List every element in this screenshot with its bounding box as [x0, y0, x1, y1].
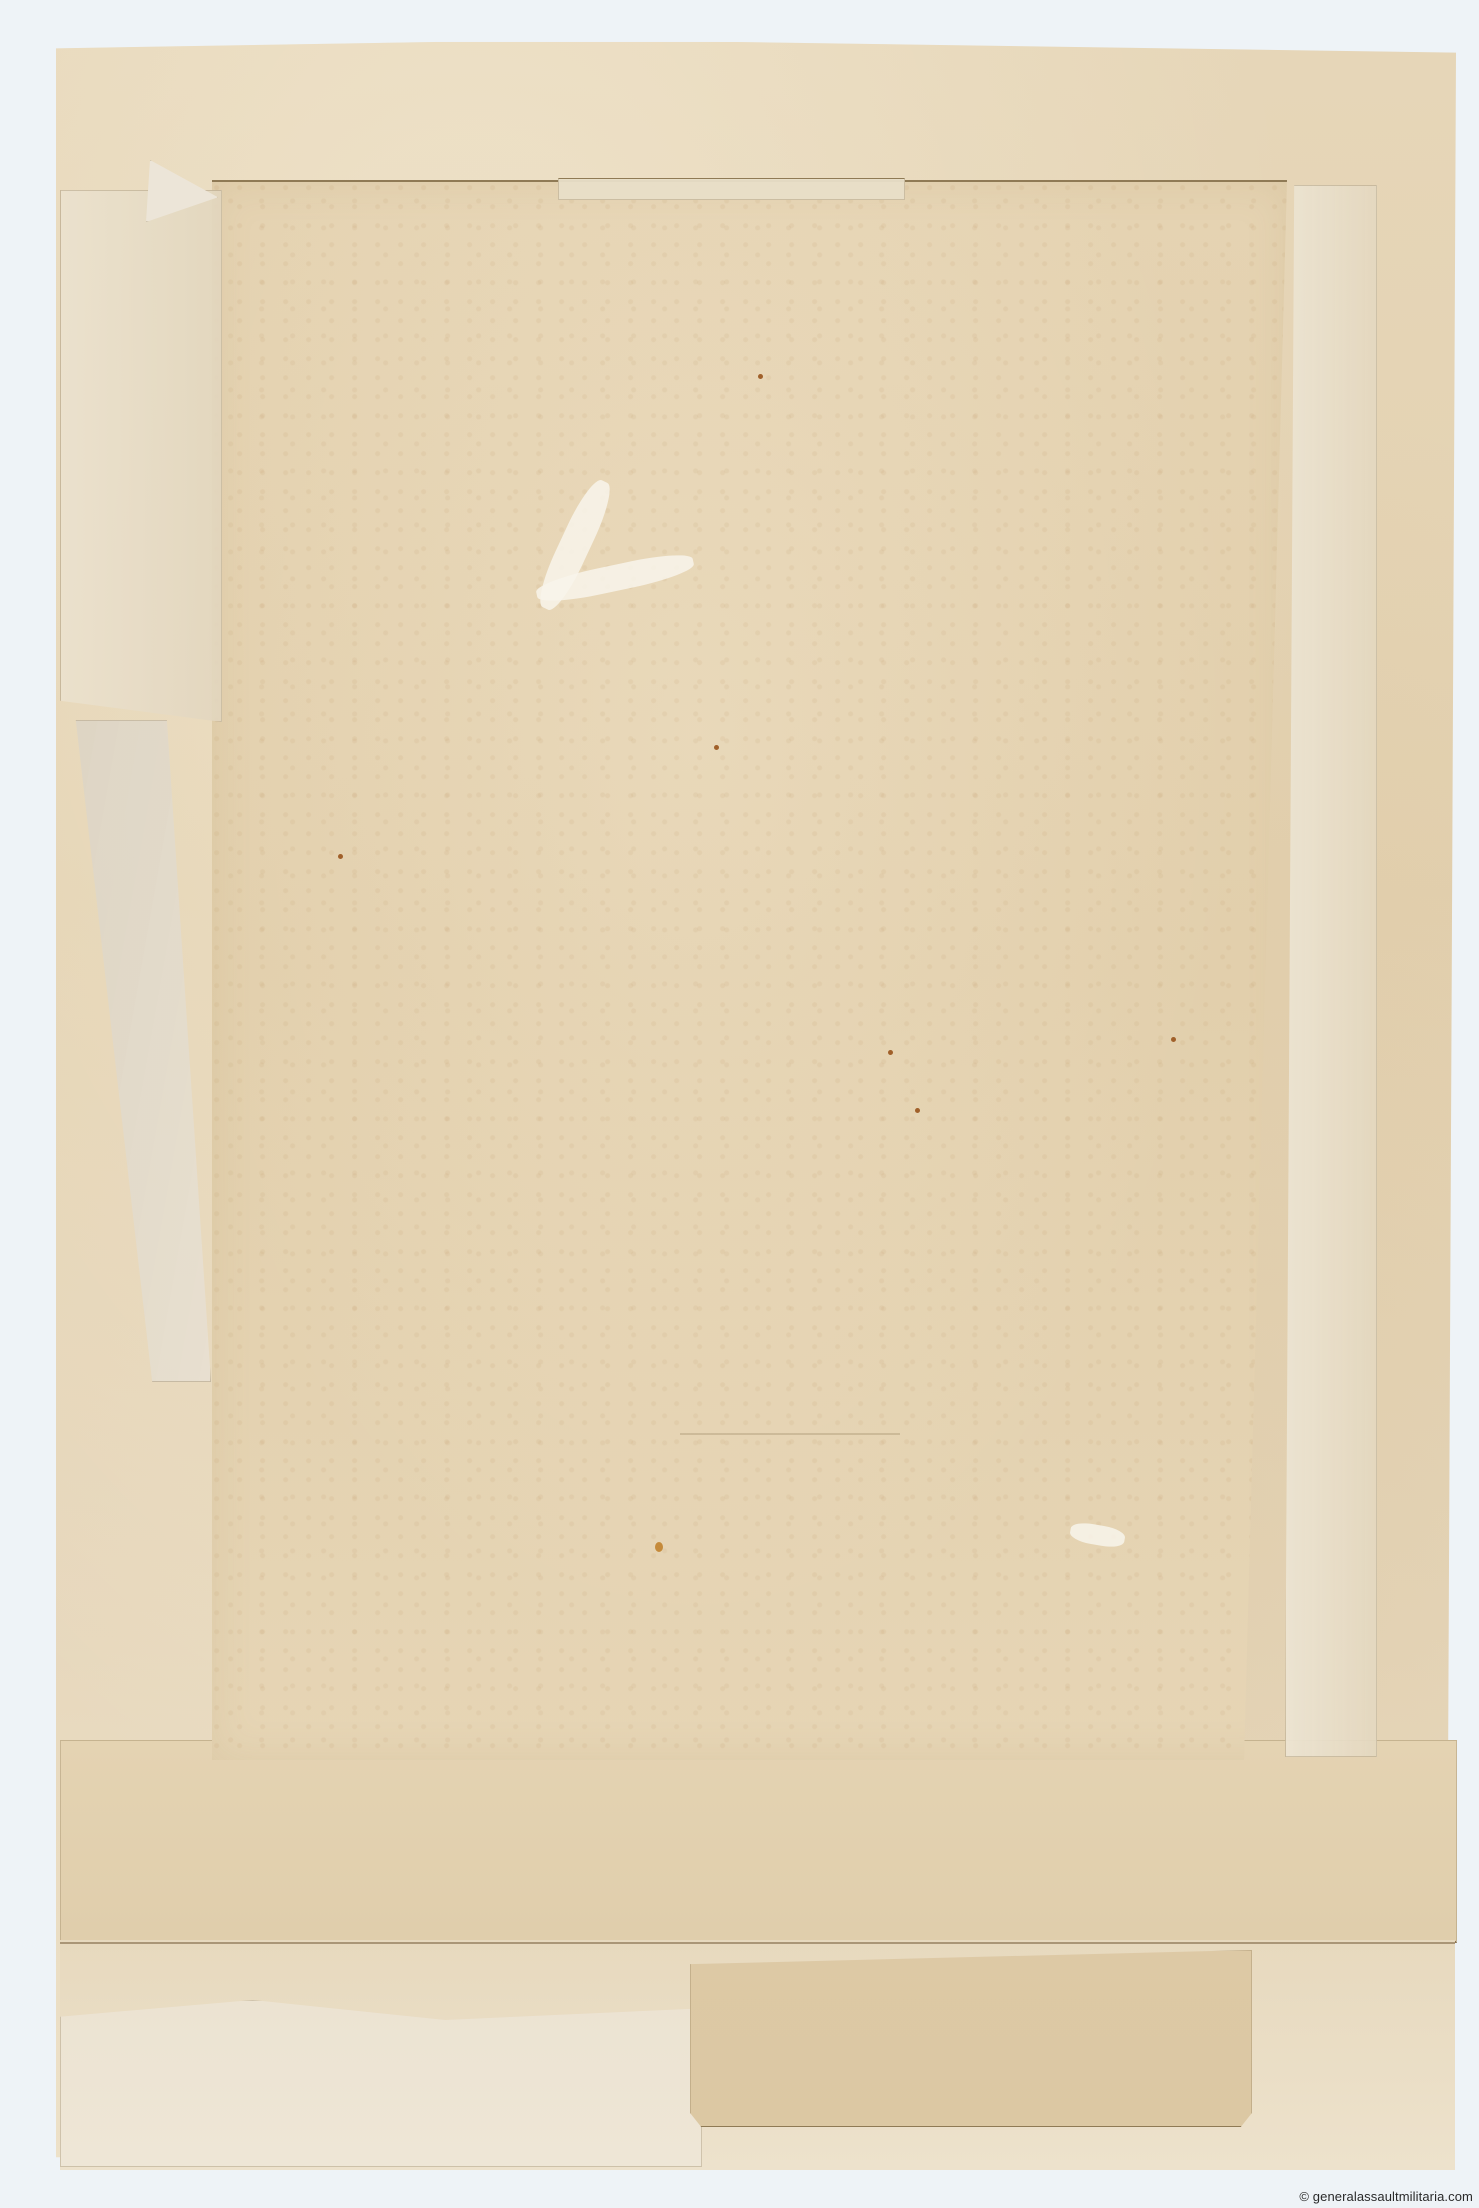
paper-crease [680, 1433, 900, 1435]
foxing-spot [714, 745, 719, 750]
right-tape-strip [1285, 185, 1377, 1757]
copyright-watermark: © generalassaultmilitaria.com [1299, 2189, 1473, 2204]
bottom-torn-paper-area [60, 2000, 702, 2167]
foxing-spot [1171, 1037, 1176, 1042]
top-tape-strip [558, 178, 905, 200]
paper-crease [60, 1942, 1455, 1944]
inner-mounted-panel [212, 180, 1287, 1760]
foxing-spot [338, 854, 343, 859]
bottom-tape-band-upper [60, 1740, 1457, 1943]
foxing-spot [758, 374, 763, 379]
foxing-spot [655, 1542, 663, 1552]
foxing-spot [888, 1050, 893, 1055]
left-tape-strip-upper [60, 190, 222, 722]
foxing-spot [915, 1108, 920, 1113]
bottom-tape-patch [690, 1950, 1252, 2127]
scanned-paper-scene: © generalassaultmilitaria.com [0, 0, 1479, 2208]
